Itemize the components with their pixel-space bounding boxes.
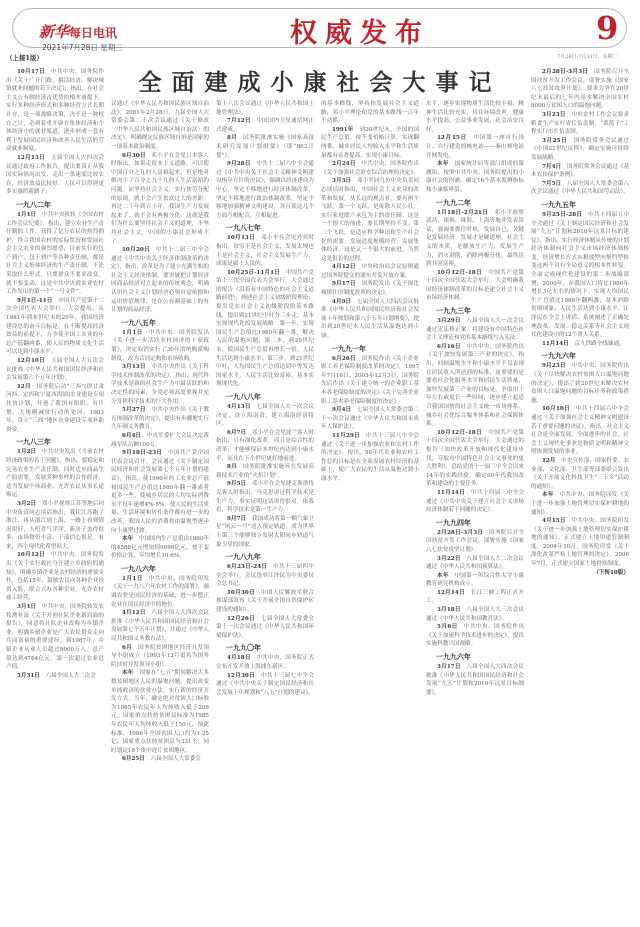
event-date: 本年 bbox=[437, 161, 454, 167]
event-date: 10月12日-18日 bbox=[437, 270, 488, 276]
event-date: 6月26日 bbox=[332, 356, 361, 362]
event-entry: 9月18日-23日 中国共产党全国代表会议召开。会议通过《关于制定国民经济和社会… bbox=[111, 449, 209, 535]
event-entry: 4月18日 中共中央、国务院正式宣布开发开放上海浦东新区。 bbox=[216, 654, 314, 671]
event-entry: 10月20日 中共十二届三中全会通过《中共中央关于经济体制改革的决定》，指出，改… bbox=[111, 246, 209, 315]
event-text: 中共中央、国务院印发《关于进一步加强土地管理切实保护耕地的通知》，正式建立土地用… bbox=[531, 518, 629, 567]
event-entry: 12月10日 五届全国人大五次会议批准《中华人民共和国国民经济和社会发展第六个五… bbox=[6, 357, 104, 383]
event-date: 12月15日 bbox=[437, 135, 473, 141]
event-entry: 6月4日 中央军委扩大会议决定裁减军队员额100万。 bbox=[111, 432, 209, 449]
event-date: 11月14日 bbox=[437, 490, 471, 496]
event-text: 中共中央、国务院转发农牧渔业部《关于开创社队企业新局面的报告》，同意将社队企业改… bbox=[6, 604, 104, 670]
event-entry: 议通过《中华人民共和国民族区域自治法》。2001年2月28日，九届全国人大常委会… bbox=[111, 100, 209, 152]
year-heading: 一九八五年 bbox=[121, 318, 209, 327]
event-entry: 3月3日 邓小平同几位中央负责同志谈话时指出，中国社会主义农业的改革和发展，从长… bbox=[321, 177, 419, 263]
event-text: 中共十四届五中全会通过《关于制定国民经济和社会发展“九五”计划和2010年远景目… bbox=[531, 212, 629, 338]
event-date: 6月 bbox=[122, 645, 138, 651]
event-date: 9月4日 bbox=[332, 407, 357, 413]
event-entry: 12月 国务院启动“三西”(即甘肃河西、定西和宁夏西海固)农业建设专项扶贫计划，… bbox=[6, 383, 104, 435]
event-date: 1月18日-2月21日 bbox=[437, 210, 494, 216]
event-entry: 10月10日 中共十四届六中全会通过《关于加强社会主义精神文明建设若干重要问题的… bbox=[531, 405, 629, 457]
event-date: 3月29日 bbox=[437, 318, 466, 324]
event-date: 4月13日 bbox=[227, 404, 256, 410]
event-date: 6月4日 bbox=[122, 433, 147, 439]
event-date: 10月12日-18日 bbox=[437, 430, 488, 436]
event-text: 京九铁路全线铺通。 bbox=[574, 341, 624, 347]
event-date: 11月14日 bbox=[542, 341, 574, 347]
event-entry: 5月31日 六届全国人大二次会 bbox=[6, 672, 104, 681]
event-text: 中国共产党第十四次全国代表大会举行。大会通过的报告《加快改革开放和现代化建设步伐… bbox=[426, 430, 524, 488]
year-heading: 一九九六年 bbox=[541, 351, 629, 360]
event-text: 邓小平视察武昌、深圳、珠海、上海等地并发表谈话，强调要抓住时机，发展自己，关键是… bbox=[426, 210, 524, 268]
event-date: 本年 bbox=[542, 492, 559, 498]
year-heading: 一九八七年 bbox=[226, 223, 314, 232]
event-entry: 3月29日 八届全国人大一次会议通过宪法修正案，将建设有中国特色社会主义理论和党… bbox=[426, 317, 524, 343]
event-entry: 11月14日 京九铁路全线铺通。 bbox=[531, 340, 629, 349]
newspaper-logo: 新华每日电讯 bbox=[39, 21, 117, 42]
text-column-2: 议通过《中华人民共和国民族区域自治法》。2001年2月28日，九届全国人大常委会… bbox=[111, 100, 209, 912]
event-text: 六届全国人大二次会 bbox=[45, 673, 95, 679]
event-entry: 1月1日 中共中央、国务院发出《关于进一步活跃农村经济的十项政策》，决定取消实行… bbox=[111, 329, 209, 363]
event-entry: 12月15日 中国第一座自行设计、自行建造的核电站——秦山核电站并网发电。 bbox=[426, 134, 524, 160]
event-entry: 10月12日 中共中央、国务院发出《关于实行政社分开建立乡政府的通知》，明确乡镇… bbox=[6, 551, 104, 603]
event-date: 3月17日 bbox=[437, 664, 466, 670]
event-date: 7月5日 bbox=[542, 181, 567, 187]
event-text: 议通过《中华人民共和国民族区域自治法》。2001年2月28日，九届全国人大常委会… bbox=[111, 101, 209, 150]
event-entry: 9月4日 七届全国人大常委会第二十一次会议通过《中华人民共和国未成年人保护法》。 bbox=[321, 406, 419, 432]
text-column-4: 的基本路线，坚持和发展社会主义道路，邓小平理论和党的基本路线一百年不动摇。199… bbox=[321, 100, 419, 912]
event-entry: 3月23日 中央农村工作会议要求粮食生产实行省长负责制，“菜篮子”工程实行市长负… bbox=[531, 111, 629, 137]
event-entry: 10月25日-11月1日 中国共产党第十三次全国代表大会举行。大会通过的报告《沿… bbox=[216, 269, 314, 389]
text-column-6: 2月28日-3月3日 国务院召开全国扶贫开发工作会议，部署实施《国家八七扶贫攻坚… bbox=[531, 68, 629, 920]
event-entry: 4月13日 七届全国人大一次会议决定，设立海南省，建立海南经济特区。 bbox=[216, 403, 314, 429]
event-date: 7月4日 bbox=[542, 164, 567, 170]
event-date: 4月12日 bbox=[122, 610, 151, 616]
event-date: 6月16日 bbox=[437, 344, 466, 350]
issue-date: 2021年7月28日 星期三 bbox=[42, 42, 123, 53]
event-entry: 1月2日 中共中央发出《当前农村经济政策的若干问题》，指出，要稳定和完善农业生产… bbox=[6, 448, 104, 500]
event-date: 9月7日 bbox=[227, 516, 252, 522]
event-date: 1月1日 bbox=[122, 330, 149, 336]
event-date: 5月27日 bbox=[122, 407, 151, 413]
event-entry: 10月12日-18日 中国共产党第十四次全国代表大会举行。大会明确我国经济体制改… bbox=[426, 269, 524, 303]
event-entry: 2月28日-3月3日 国务院召开全国扶贫开发工作会议，部署实施《国家八七扶贫攻坚… bbox=[426, 529, 524, 555]
event-text: 中共中央、国务院发出《关于实行政社分开建立乡政府的通知》，明确乡镇企业是农村经济… bbox=[6, 552, 104, 601]
header-note: 7月28日-7月31日，星期二 bbox=[557, 53, 618, 60]
event-entry: 12月 中央宣传部、国家科委、农业部、文化部、卫生部等部委联合发出《关于开展文化… bbox=[531, 457, 629, 491]
event-date: 8月 bbox=[227, 464, 243, 470]
year-heading: 一九八八年 bbox=[226, 392, 314, 401]
event-date: 3月2日 bbox=[17, 501, 42, 507]
event-text: 中共十三届八中全会通过《关于进一步加强农业和农村工作的决定》，提出，90年代农业… bbox=[321, 433, 419, 482]
event-entry: 9月23日 中共中央、国务院作出《关于尽快解决农村贫困人口温饱问题的决定》，提出… bbox=[531, 362, 629, 405]
event-text: 邓小平视察江苏等地后同中央负责同志谈话指出，我往江苏跑了浙江，再从浙江到上海，一… bbox=[6, 501, 104, 550]
event-entry: 3月17日 八届全国人大四次会议批准《中华人民共和国国民经济和社会发展“九五”计… bbox=[426, 663, 524, 697]
event-date: 8月 bbox=[227, 135, 243, 141]
year-heading: 一九九四年 bbox=[436, 518, 524, 527]
event-date: 12月10日 bbox=[17, 358, 51, 364]
event-entry: 本年 国家在“七五”期间解决大多数贫困地区人民的温饱问题，提出改变单纯救济的扶贫… bbox=[111, 669, 209, 755]
event-date: 5月6日 bbox=[437, 624, 464, 630]
event-text: 中国共产党第十三次全国代表大会举行。大会通过的报告《沿着有中国特色的社会主义道路… bbox=[216, 270, 314, 388]
event-date: 2月28日-3月3日 bbox=[437, 530, 489, 536]
event-entry: 10月13日 邓小平在会见外宾时指出，贫穷不是社会主义，发展太慢也不是社会主义，… bbox=[216, 234, 314, 268]
event-text: 中国共产党第十二次全国代表大会举行。大会提出，从1981年到本世纪末的20年，我… bbox=[6, 298, 104, 356]
event-entry: 9月7日 我国成功将第一颗气象卫星“风云一号”送入预定轨道，成为世界上第三个能够… bbox=[216, 515, 314, 549]
event-entry: 12月26日 七届全国人大常委会第十一次会议通过《中华人民共和国环境保护法》。 bbox=[216, 615, 314, 641]
event-date: 10月13日 bbox=[227, 235, 261, 241]
event-entry: 3月18日 八届全国人大三次会议通过《中华人民共和国教育法》。 bbox=[426, 606, 524, 623]
event-entry: 11月29日 中共十三届八中全会通过《关于进一步加强农业和农村工作的决定》，提出… bbox=[321, 432, 419, 484]
event-text: 中共中央、国务院作出《关于尽快解决农村贫困人口温饱问题的决定》，提出了到20世纪… bbox=[531, 363, 629, 403]
event-date: 9月23日 bbox=[542, 363, 571, 369]
event-entry: 6月 国务院贫困地区经济开发领导小组成立（1993年12月更名为国务院扶贫开发领… bbox=[111, 644, 209, 670]
continued-from: （上接1版） bbox=[6, 53, 43, 62]
event-entry: 11月14日 中共十四届三中全会通过《中共中央关于建立社会主义市场经济体制若干问… bbox=[426, 489, 524, 515]
event-date: 1月1日 bbox=[17, 212, 42, 218]
year-heading: 一九八九年 bbox=[226, 552, 314, 561]
event-text: 中共中央、国务院作出《关于加快发展第三产业的决定》，指出，回顾温饱水平和小康水平… bbox=[426, 344, 524, 427]
year-heading: 一九九〇年 bbox=[226, 643, 314, 652]
event-entry: 本年 国家统计局等部门组成的课题组，按照中共中央、国务院提出的小康社会的内涵，确… bbox=[426, 160, 524, 194]
event-entry: 7月4日 国务院常务会议通过《基本农田保护条例》。 bbox=[531, 163, 629, 180]
event-entry: 4月12日 六届全国人大四次会议批准《中华人民共和国国民经济和社会发展第七个五年… bbox=[111, 609, 209, 643]
event-entry: 3月22日 八届全国人大二次会议通过《中华人民共和国预算法》。 bbox=[426, 555, 524, 572]
event-entry: 6月30日 邓小平在会见日本客人时指出，如果走资本主义道路，可以使中国百分之几的… bbox=[111, 152, 209, 247]
event-entry: 12月14日 长江三峡工程正式开工。 bbox=[426, 589, 524, 606]
event-entry: 本年 中国第一所综合性大学小康教育研究机构成立。 bbox=[426, 572, 524, 589]
event-entry: 3月25日 国务院常务会议通过《中国21世纪议程》，确定实施可持续发展战略。 bbox=[531, 137, 629, 163]
event-date: 9月5日 bbox=[227, 481, 252, 487]
event-entry: 8月 国务院批准实施《国家高技术研究发展计划纲要》（即“863计划”）。 bbox=[216, 134, 314, 160]
event-entry: 6月25日 六届全国人大常委会 bbox=[111, 755, 209, 764]
event-text: 第十六次会议通过《中华人民共和国土地管理法》。 bbox=[216, 101, 314, 116]
event-text: 中共十二届六中全会通过《中共中央关于社会主义精神文明建设指导方针的决议》，强调以… bbox=[216, 161, 314, 219]
event-text: 国务院作出《关于企业职工养老保险制度改革的决定》，1997年7月16日、2005… bbox=[321, 356, 419, 405]
event-entry: 5月6日 中共中央、国务院作出《关于加速科学技术进步的决定》，提出实施科教兴国战… bbox=[426, 623, 524, 649]
event-date: 5月31日 bbox=[17, 673, 45, 679]
event-entry: 6月16日 中共中央、国务院作出《关于加快发展第三产业的决定》，指出，回顾温饱水… bbox=[426, 343, 524, 429]
event-entry: 7月5日 八届全国人大常委会第八次会议通过《中华人民共和国劳动法》。 bbox=[531, 180, 629, 197]
event-date: 10月20日 bbox=[122, 247, 156, 253]
year-heading: 一九九五年 bbox=[541, 200, 629, 209]
page-number: 9 bbox=[596, 9, 618, 47]
event-date: 7月12日 bbox=[227, 118, 256, 124]
masthead-left: 新华每日电讯 2021年7月28日 星期三 bbox=[12, 8, 315, 48]
event-date: 2月24日 bbox=[332, 161, 361, 167]
event-date: 1月2日 bbox=[17, 449, 42, 455]
text-column-3: 第十六次会议通过《中华人民共和国土地管理法》。7月12日 中国国内卫星通信网正式… bbox=[216, 100, 314, 912]
event-entry: 的基本路线，坚持和发展社会主义道路，邓小平理论和党的基本路线一百年不动摇。 bbox=[321, 100, 419, 126]
event-entry: 9月1日-11日 中国共产党第十二次全国代表大会举行。大会提出，从1981年到本… bbox=[6, 297, 104, 357]
event-date: 3月13日 bbox=[122, 364, 151, 370]
event-entry: 9月17日 国务院发出《关于深化城镇住房制度改革的决定》。 bbox=[321, 280, 419, 297]
event-date: 3月23日 bbox=[542, 112, 571, 118]
event-text: 国务院启动“三西”(即甘肃河西、定西和宁夏西海固)农业建设专项扶贫计划，开创了我… bbox=[6, 384, 104, 433]
event-entry: 9月5日 邓小平在会见捷克斯洛伐克客人时指出，马克思讲过科学技术是生产力，事实证… bbox=[216, 480, 314, 514]
event-entry: 7月12日 中国国内卫星通信网正式建成。 bbox=[216, 117, 314, 134]
event-entry: 2月24日 中共中央、国务院作出《关于加强社会治安综合治理的决定》。 bbox=[321, 160, 419, 177]
year-heading: 一九八三年 bbox=[16, 437, 104, 446]
event-entry: 5月27日 中共中央作出《关于教育体制改革的决定》，提出有步骤地实行九年制义务教… bbox=[111, 406, 209, 432]
event-text: 中共中央作出《关于科学技术体制改革的决定》，指出，现代科学技术是新的社会生产力中… bbox=[111, 364, 209, 404]
event-date: 9月17日 bbox=[332, 281, 361, 287]
event-text: 中国共产党全国代表会议召开。会议通过《关于制定国民经济和社会发展第七个五年计划的… bbox=[111, 450, 209, 533]
event-text: 中共十四届六中全会通过《关于加强社会主义精神文明建设若干重要问题的决议》，指出，… bbox=[531, 406, 629, 455]
event-text: 中共中央、国务院作出《关于广开门路，搞活经济，解决城镇就业问题的若干决定》，指出… bbox=[6, 69, 104, 152]
event-entry: 2月28日-3月3日 国务院召开全国扶贫开发工作会议，部署实施《国家八七扶贫攻坚… bbox=[531, 68, 629, 111]
event-entry: 12月30日 中共十三届七中全会通过《中共中央关于制定国民经济和社会发展十年规划… bbox=[216, 672, 314, 698]
event-date: 1月1日 bbox=[122, 576, 149, 582]
event-date: 9月28日 bbox=[227, 161, 256, 167]
event-entry: 10月12日-18日 中国共产党第十四次全国代表大会举行。大会通过的报告《加快改… bbox=[426, 429, 524, 489]
event-entry: 6月26日 国务院作出《关于企业职工养老保险制度改革的决定》，1997年7月16… bbox=[321, 355, 419, 407]
event-date: 10月25日-11月1日 bbox=[227, 270, 286, 276]
year-heading: 一九九二年 bbox=[436, 198, 524, 207]
event-text: 邓小平在会见日本客人时指出，如果走资本主义道路，可以使中国百分之几的人富裕起来，… bbox=[111, 153, 209, 245]
event-date: 4月15日 bbox=[542, 518, 571, 524]
event-entry: 3月13日 中共中央作出《关于科学技术体制改革的决定》，指出，现代科学技术是新的… bbox=[111, 363, 209, 406]
event-entry: 1月1日 中共中央、国务院印发《关于一九八六年农村工作的部署》，强调农业是国民经… bbox=[111, 575, 209, 609]
event-date: 11月29日 bbox=[332, 433, 366, 439]
event-date: 9月18日-23日 bbox=[122, 450, 168, 456]
event-text: 中共十二届三中全会通过《中共中央关于经济体制改革的决定》，指出，改革是为了建立充… bbox=[111, 247, 209, 313]
event-date: 9月25日-28日 bbox=[542, 212, 588, 218]
event-date: 10月30日 bbox=[227, 590, 261, 596]
event-date: 1991年 bbox=[332, 127, 359, 133]
event-date: 3月1日 bbox=[17, 604, 42, 610]
event-entry: 1月1日 中共中央批转《全国农村工作会议纪要》，指出，建立农业生产责任制的工作，… bbox=[6, 211, 104, 297]
event-date: 6月23日-24日 bbox=[227, 564, 273, 570]
event-date: 12月 bbox=[542, 458, 561, 464]
event-date: 12月13日 bbox=[17, 155, 51, 161]
event-date: 3月22日 bbox=[437, 556, 466, 562]
event-entry: 本年 中国国内生产总值由1980年的4588亿元增加到9099亿元，按不变价格计… bbox=[111, 535, 209, 561]
year-heading: 一九九一年 bbox=[331, 344, 419, 353]
event-entry: 4月15日 中共中央、国务院印发《关于进一步加强土地管理切实保护耕地的通知》，正… bbox=[531, 517, 629, 569]
event-entry: 1991年 到20世纪末，全国的国民生产总值，按不变价格计算，实现翻两番，城乡居… bbox=[321, 126, 419, 160]
event-text: 水平，逐步实现物质生活比较丰裕，精神生活比较充实，居住环境改善，健康水平提高，公… bbox=[426, 101, 524, 133]
event-entry: 水平，逐步实现物质生活比较丰裕，精神生活比较充实，居住环境改善，健康水平提高，公… bbox=[426, 100, 524, 134]
event-date: 4月12日 bbox=[332, 264, 361, 270]
event-date: 本年 bbox=[122, 670, 139, 676]
event-entry: 本年 中共中央、国务院印发《关于进一步加强土地管理切实保护耕地的通知》。 bbox=[531, 491, 629, 517]
event-text: 中共中央批转《全国农村工作会议纪要》，指出，建立农业生产责任制的工作，获得了亿万… bbox=[6, 212, 104, 295]
event-date: 本年 bbox=[437, 573, 454, 579]
event-text: 六届全国人大常委会 bbox=[150, 756, 200, 762]
event-entry: 10月30日 中国人民解放军联合参谋部发布《关于开展全国自然保护区建设的通知》。 bbox=[216, 589, 314, 615]
section-title: 权威发布 bbox=[290, 11, 430, 50]
event-entry: 3月1日 中共中央、国务院转发农牧渔业部《关于开创社队企业新局面的报告》，同意将… bbox=[6, 603, 104, 672]
event-entry: 8月 国务院批准实施旨在发展高新技术产业的“火炬计划”。 bbox=[216, 463, 314, 480]
event-date: 4月18日 bbox=[227, 655, 256, 661]
event-date: 12月14日 bbox=[437, 590, 471, 596]
year-heading: 一九九六年 bbox=[436, 652, 524, 661]
text-column-1: 10月17日 中共中央、国务院作出《关于广开门路，搞活经济，解决城镇就业问题的若… bbox=[6, 68, 104, 920]
year-heading: 一九八二年 bbox=[16, 200, 104, 209]
event-entry: 4月9日 七届全国人大四次会议批准《中华人民共和国国民经济和社会发展十年规划和第… bbox=[321, 298, 419, 341]
year-heading: 一九九三年 bbox=[436, 306, 524, 315]
event-text: 的基本路线，坚持和发展社会主义道路，邓小平理论和党的基本路线一百年不动摇。 bbox=[321, 101, 419, 124]
event-date: 10月10日 bbox=[542, 406, 576, 412]
event-date: 3月25日 bbox=[542, 138, 574, 144]
event-entry: 3月2日 邓小平视察江苏等地后同中央负责同志谈话指出，我往江苏跑了浙江，再从浙江… bbox=[6, 500, 104, 552]
event-entry: 9月28日 中共十二届六中全会通过《中共中央关于社会主义精神文明建设指导方针的决… bbox=[216, 160, 314, 220]
event-entry: 第十六次会议通过《中华人民共和国土地管理法》。 bbox=[216, 100, 314, 117]
event-entry: 6月23日-24日 中共十三届四中全会举行，会议选举江泽民为中央委员会总书记。 bbox=[216, 563, 314, 589]
event-text: 中共中央发出《当前农村经济政策的若干问题》，指出，要稳定和完善农业生产责任制，同… bbox=[6, 449, 104, 498]
event-date: 10月17日 bbox=[17, 69, 51, 75]
event-date: 12月 bbox=[17, 384, 37, 390]
event-date: 12月30日 bbox=[227, 673, 261, 679]
event-date: 9月1日-11日 bbox=[17, 298, 58, 304]
event-date: 6月7日 bbox=[227, 430, 252, 436]
event-text: 国务院召开全国扶贫开发工作会议，部署实施《国家八七扶贫攻坚计划》，要求力争在20… bbox=[531, 69, 629, 109]
event-entry: 9月25日-28日 中共十四届五中全会通过《关于制定国民经济和社会发展“九五”计… bbox=[531, 211, 629, 340]
event-entry: 1月18日-2月21日 邓小平视察武昌、深圳、珠海、上海等地并发表谈话，强调要抓… bbox=[426, 209, 524, 269]
continued-to: （下转10版） bbox=[531, 569, 629, 578]
event-date: 12月26日 bbox=[227, 616, 261, 622]
year-heading: 一九八六年 bbox=[121, 564, 209, 573]
event-date: 6月25日 bbox=[122, 756, 150, 762]
event-text: 国家在“七五”期间解决大多数贫困地区人民的温饱问题，提出改变单纯救济的扶贫办法，… bbox=[111, 670, 209, 753]
event-entry: 10月17日 中共中央、国务院作出《关于广开门路，搞活经济，解决城镇就业问题的若… bbox=[6, 68, 104, 154]
event-date: 4月9日 bbox=[332, 299, 357, 305]
event-entry: 12月13日 五届全国人大四次会议通过政府工作报告，提出要真正从我国实际情况出发… bbox=[6, 154, 104, 197]
event-date: 本年 bbox=[122, 536, 139, 542]
event-entry: 4月12日 中央政治局会议原则通过国务院提交的浦东开发开放方案。 bbox=[321, 263, 419, 280]
event-date: 6月30日 bbox=[122, 153, 151, 159]
event-date: 3月18日 bbox=[437, 607, 466, 613]
event-date: 3月3日 bbox=[332, 178, 357, 184]
event-date: 2月28日-3月3日 bbox=[542, 69, 594, 75]
event-entry: 6月7日 邓小平在会见波兰客人时指出，只有深化改革，而且是综合性的改革，才能够保… bbox=[216, 429, 314, 463]
text-column-5: 水平，逐步实现物质生活比较丰裕，精神生活比较充实，居住环境改善，健康水平提高，公… bbox=[426, 100, 524, 912]
event-text: 邓小平同几位中央负责同志谈话时指出，中国社会主义农业的改革和发展，从长远的观点看… bbox=[321, 178, 419, 261]
event-date: 10月12日 bbox=[17, 552, 51, 558]
